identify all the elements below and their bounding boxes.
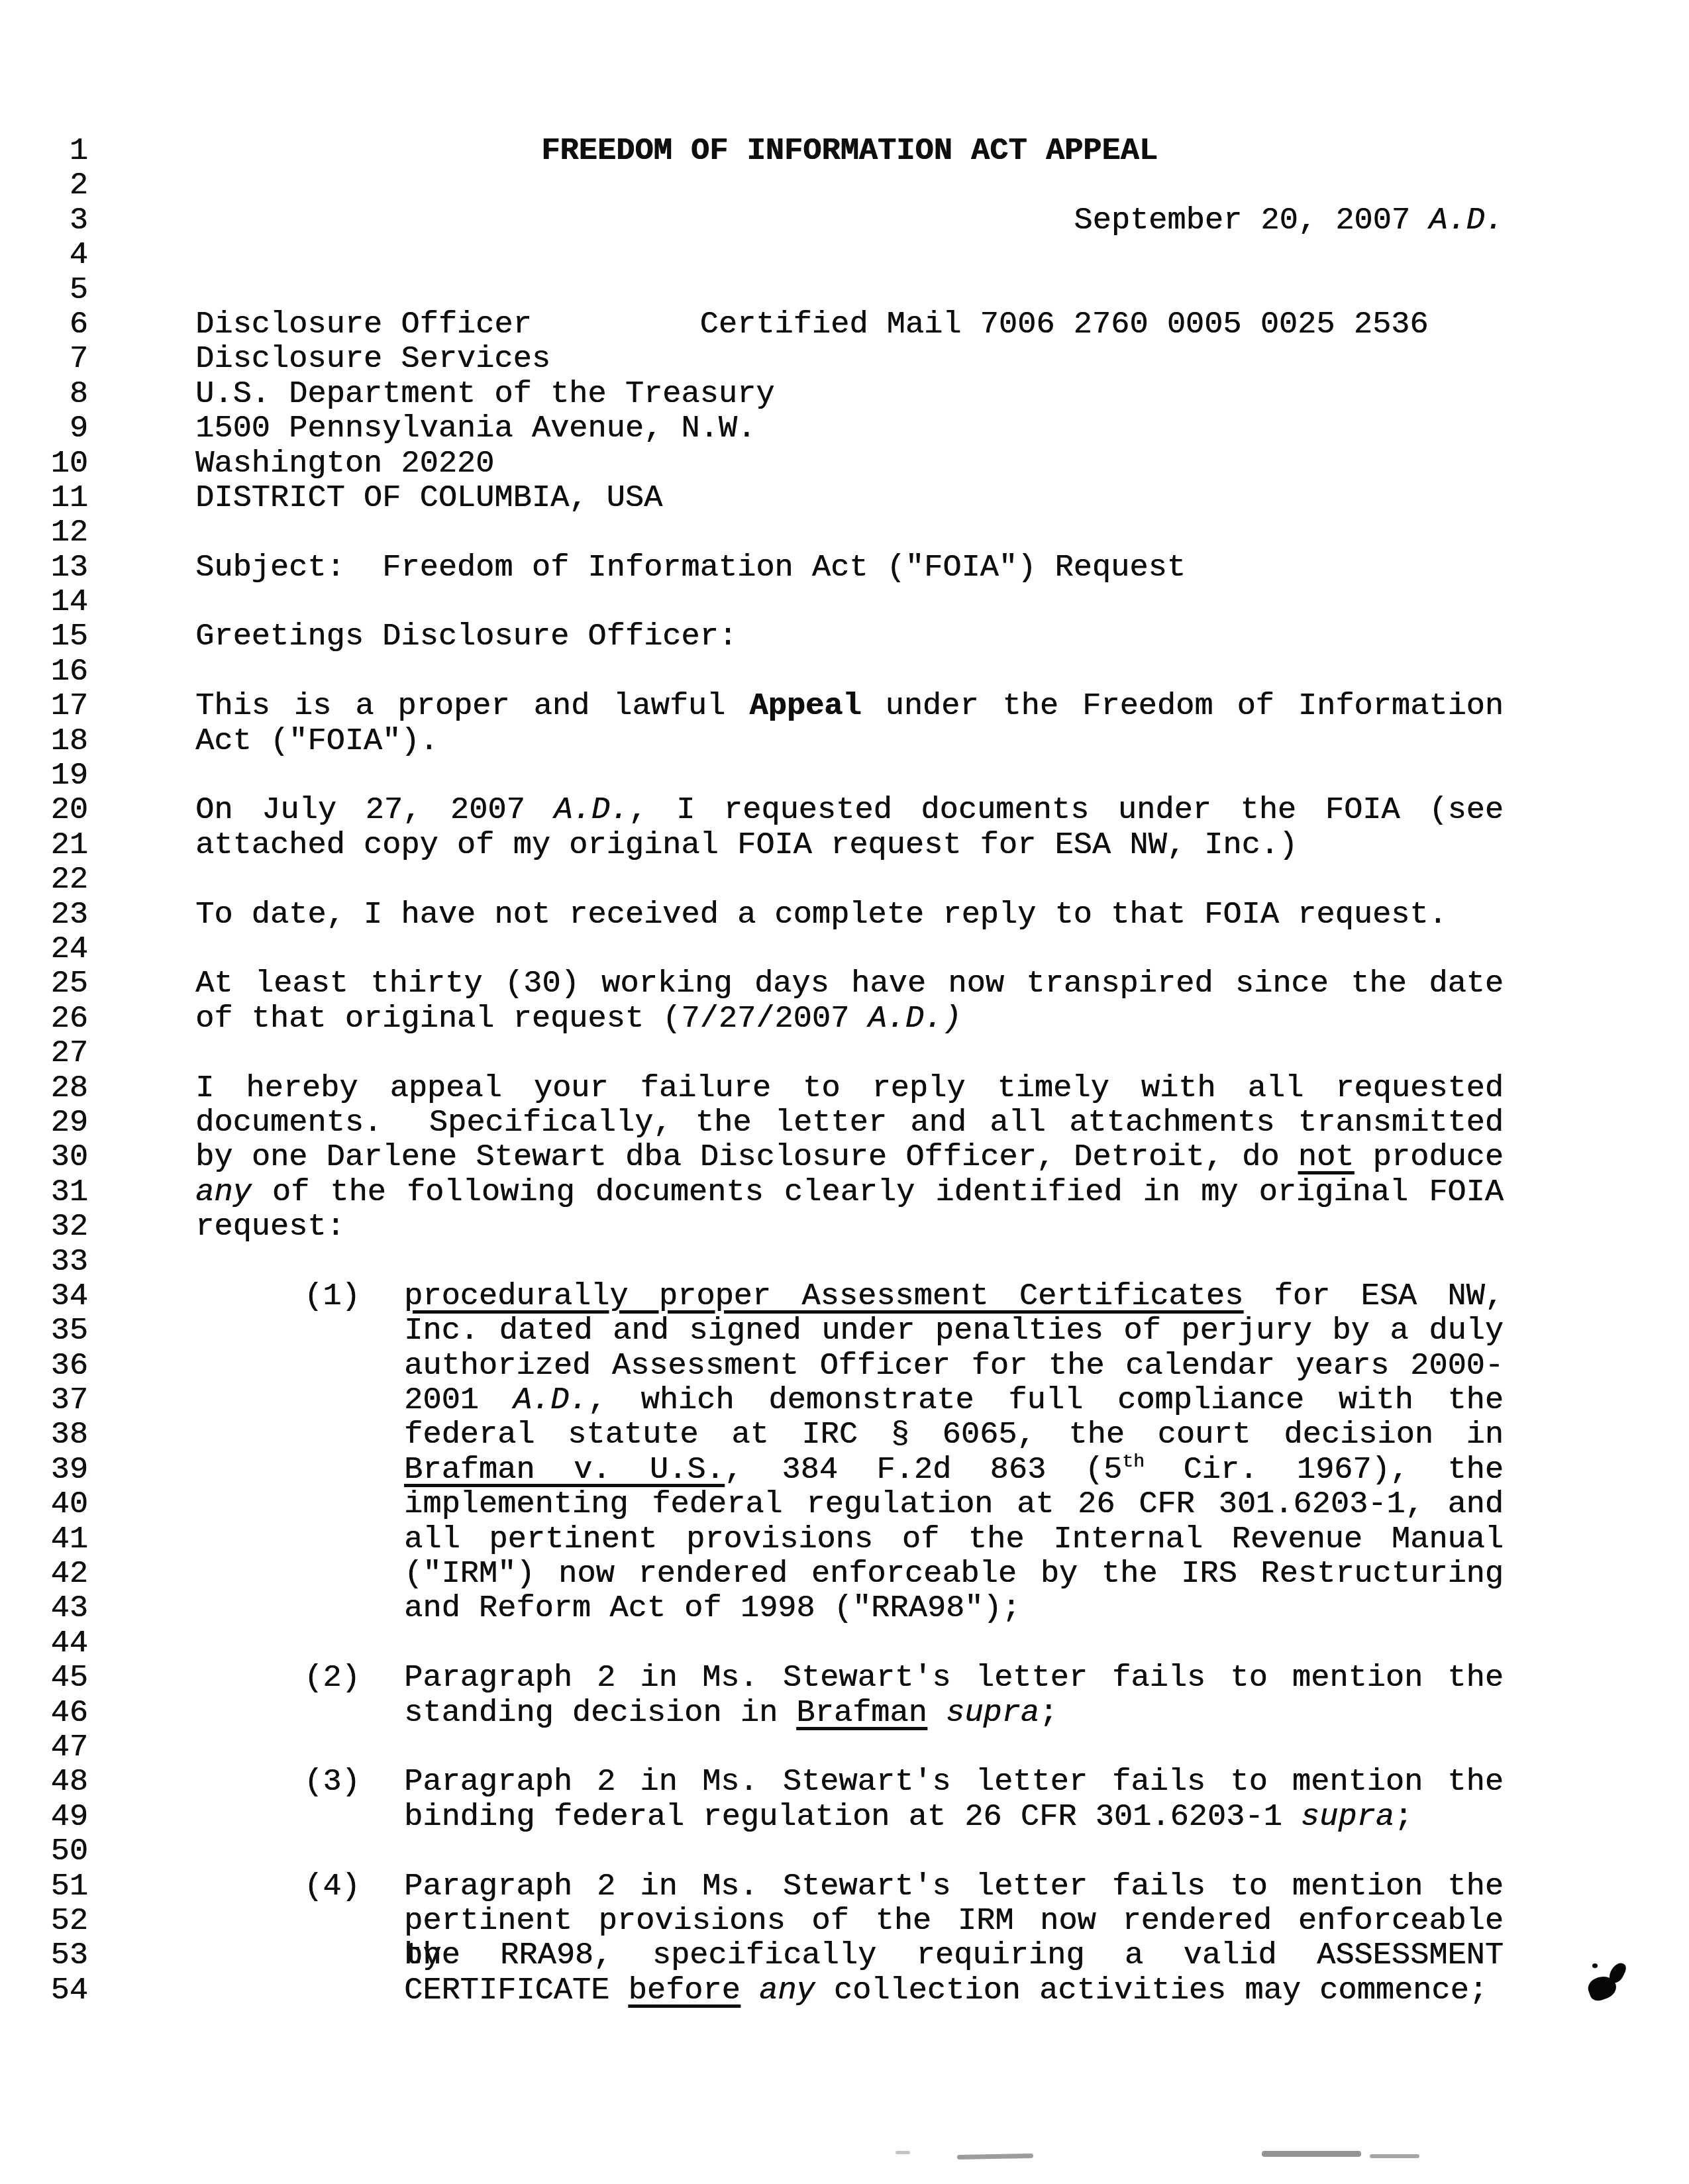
text-segment: A.D.) <box>868 1002 961 1037</box>
line-content: Brafman v. U.S., 384 F.2d 863 (5th Cir. … <box>195 1453 1504 1488</box>
document-line: 50 <box>0 1835 1689 1869</box>
document-line: 12 <box>0 516 1689 550</box>
line-number: 38 <box>0 1418 88 1453</box>
document-lines: 1FREEDOM OF INFORMATION ACT APPEAL23Sept… <box>0 134 1689 2008</box>
document-line: 46standing decision in Brafman supra; <box>0 1696 1689 1731</box>
line-number: 50 <box>0 1835 88 1869</box>
text-segment: standing decision in <box>404 1696 796 1731</box>
line-number: 35 <box>0 1314 88 1349</box>
line-content: of that original request (7/27/2007 A.D.… <box>195 1002 1504 1037</box>
list-item-text: binding federal regulation at 26 CFR 301… <box>404 1800 1504 1835</box>
line-content: At least thirty (30) working days have n… <box>195 967 1504 1002</box>
document-line: 47 <box>0 1731 1689 1765</box>
line-number: 40 <box>0 1488 88 1522</box>
document-line: 24 <box>0 933 1689 967</box>
line-content: (1)procedurally proper Assessment Certif… <box>195 1280 1504 1314</box>
text-segment: FREEDOM OF INFORMATION ACT APPEAL <box>541 134 1158 169</box>
document-line: 31any of the following documents clearly… <box>0 1176 1689 1210</box>
text-segment: A.D. <box>554 793 629 828</box>
text-segment: federal statute at IRC § 6065, the court… <box>404 1418 1504 1453</box>
list-item-text: the RRA98, specifically requiring a vali… <box>404 1939 1504 1973</box>
document-line: 11DISTRICT OF COLUMBIA, USA <box>0 482 1689 516</box>
line-content: Greetings Disclosure Officer: <box>195 620 1504 654</box>
line-content: authorized Assessment Officer for the ca… <box>195 1349 1504 1384</box>
list-item-text: and Reform Act of 1998 ("RRA98"); <box>404 1592 1504 1626</box>
document-line: 26of that original request (7/27/2007 A.… <box>0 1002 1689 1037</box>
line-number: 33 <box>0 1245 88 1280</box>
text-segment: I hereby appeal your failure to reply ti… <box>195 1071 1504 1106</box>
document-line: 7Disclosure Services <box>0 342 1689 377</box>
text-segment: th <box>1122 1452 1145 1473</box>
line-number: 34 <box>0 1280 88 1314</box>
document-line: 372001 A.D., which demonstrate full comp… <box>0 1384 1689 1418</box>
text-segment: documents. Specifically, the letter and … <box>195 1106 1504 1141</box>
line-number: 16 <box>0 655 88 690</box>
document-line: 19 <box>0 759 1689 794</box>
line-content: federal statute at IRC § 6065, the court… <box>195 1418 1504 1453</box>
scanned-letter-page: 1FREEDOM OF INFORMATION ACT APPEAL23Sept… <box>0 0 1689 2184</box>
text-segment: This is a proper and lawful <box>195 689 749 724</box>
text-segment: supra <box>1301 1800 1394 1835</box>
line-content: DISTRICT OF COLUMBIA, USA <box>195 482 1504 516</box>
line-number: 15 <box>0 620 88 654</box>
document-line: 20On July 27, 2007 A.D., I requested doc… <box>0 794 1689 828</box>
line-content: On July 27, 2007 A.D., I requested docum… <box>195 794 1504 828</box>
line-number: 39 <box>0 1453 88 1488</box>
text-segment: Paragraph 2 in Ms. Stewart's letter fail… <box>404 1869 1504 1904</box>
line-number: 54 <box>0 1974 88 2008</box>
line-number: 18 <box>0 725 88 759</box>
line-number: 12 <box>0 516 88 550</box>
line-content: Disclosure Officer Certified Mail 7006 2… <box>195 308 1504 342</box>
line-number: 6 <box>0 308 88 342</box>
text-segment: Greetings Disclosure Officer: <box>195 619 737 654</box>
document-line: 18Act ("FOIA"). <box>0 725 1689 759</box>
text-segment: At least thirty (30) working days have n… <box>195 966 1504 1002</box>
document-line: 3September 20, 2007 A.D. <box>0 204 1689 238</box>
document-line: 41all pertinent provisions of the Intern… <box>0 1523 1689 1557</box>
text-segment: ; <box>1039 1696 1058 1731</box>
line-content: standing decision in Brafman supra; <box>195 1696 1504 1731</box>
line-number: 7 <box>0 342 88 377</box>
document-line: 40implementing federal regulation at 26 … <box>0 1488 1689 1522</box>
document-line: 51(4)Paragraph 2 in Ms. Stewart's letter… <box>0 1870 1689 1904</box>
list-item-text: Paragraph 2 in Ms. Stewart's letter fail… <box>404 1870 1504 1904</box>
text-segment: Appeal <box>749 689 861 724</box>
text-segment: Disclosure Services <box>195 342 550 377</box>
line-number: 27 <box>0 1037 88 1071</box>
text-segment: , 384 F.2d 863 (5 <box>725 1453 1123 1488</box>
line-number: 10 <box>0 447 88 482</box>
text-segment: by one Darlene Stewart dba Disclosure Of… <box>195 1140 1298 1175</box>
text-segment: ("IRM") now rendered enforceable by the … <box>404 1557 1504 1592</box>
text-segment: before <box>628 1973 740 2008</box>
document-line: 36authorized Assessment Officer for the … <box>0 1349 1689 1384</box>
line-number: 44 <box>0 1627 88 1661</box>
document-line: 16 <box>0 655 1689 690</box>
document-line: 25At least thirty (30) working days have… <box>0 967 1689 1002</box>
line-content: U.S. Department of the Treasury <box>195 378 1504 412</box>
list-item-text: Inc. dated and signed under penalties of… <box>404 1314 1504 1349</box>
line-number: 9 <box>0 412 88 446</box>
line-content: attached copy of my original FOIA reques… <box>195 829 1504 863</box>
document-line: 33 <box>0 1245 1689 1280</box>
line-content: Act ("FOIA"). <box>195 725 1504 759</box>
document-line: 44 <box>0 1627 1689 1661</box>
line-content: the RRA98, specifically requiring a vali… <box>195 1939 1504 1973</box>
line-number: 31 <box>0 1176 88 1210</box>
scan-smudge <box>957 2154 1033 2159</box>
document-line: 29documents. Specifically, the letter an… <box>0 1106 1689 1141</box>
list-item-marker: (4) <box>304 1870 360 1904</box>
document-line: 42("IRM") now rendered enforceable by th… <box>0 1557 1689 1592</box>
text-segment: not <box>1298 1140 1355 1175</box>
text-segment: authorized Assessment Officer for the ca… <box>404 1349 1504 1384</box>
document-line: 39Brafman v. U.S., 384 F.2d 863 (5th Cir… <box>0 1453 1689 1488</box>
document-line: 30by one Darlene Stewart dba Disclosure … <box>0 1141 1689 1175</box>
line-number: 52 <box>0 1904 88 1939</box>
line-number: 32 <box>0 1210 88 1245</box>
text-segment: any <box>195 1175 252 1210</box>
line-number: 29 <box>0 1106 88 1141</box>
line-content: any of the following documents clearly i… <box>195 1176 1504 1210</box>
text-segment: for ESA NW, <box>1243 1279 1504 1314</box>
text-segment: Inc. dated and signed under penalties of… <box>404 1314 1504 1349</box>
document-line: 91500 Pennsylvania Avenue, N.W. <box>0 412 1689 446</box>
line-number: 25 <box>0 967 88 1002</box>
line-number: 42 <box>0 1557 88 1592</box>
document-line: 2 <box>0 169 1689 203</box>
text-segment: 1500 Pennsylvania Avenue, N.W. <box>195 411 756 446</box>
text-segment: of that original request (7/27/2007 <box>195 1002 868 1037</box>
scan-smudge <box>1370 2154 1419 2158</box>
list-item-text: standing decision in Brafman supra; <box>404 1696 1504 1731</box>
text-segment: produce <box>1354 1140 1504 1175</box>
text-segment: To date, I have not received a complete … <box>195 898 1447 933</box>
line-number: 26 <box>0 1002 88 1037</box>
line-content: To date, I have not received a complete … <box>195 898 1504 933</box>
line-number: 17 <box>0 690 88 724</box>
line-number: 13 <box>0 551 88 586</box>
line-content: This is a proper and lawful Appeal under… <box>195 690 1504 724</box>
text-segment: A.D. <box>1429 203 1504 238</box>
list-item-text: ("IRM") now rendered enforceable by the … <box>404 1557 1504 1592</box>
line-number: 37 <box>0 1384 88 1418</box>
document-line: 5 <box>0 274 1689 308</box>
text-segment: under the Freedom of Information <box>861 689 1504 724</box>
line-content: all pertinent provisions of the Internal… <box>195 1523 1504 1557</box>
document-line: 53the RRA98, specifically requiring a va… <box>0 1939 1689 1973</box>
text-segment: Washington 20220 <box>195 446 494 482</box>
text-segment: Act ("FOIA"). <box>195 724 438 759</box>
line-number: 43 <box>0 1592 88 1626</box>
text-segment: CERTIFICATE <box>404 1973 628 2008</box>
list-item-text: 2001 A.D., which demonstrate full compli… <box>404 1384 1504 1418</box>
line-content: by one Darlene Stewart dba Disclosure Of… <box>195 1141 1504 1175</box>
line-number: 2 <box>0 169 88 203</box>
document-line: 43and Reform Act of 1998 ("RRA98"); <box>0 1592 1689 1626</box>
line-number: 1 <box>0 134 88 169</box>
document-line: 49binding federal regulation at 26 CFR 3… <box>0 1800 1689 1835</box>
document-line: 17This is a proper and lawful Appeal und… <box>0 690 1689 724</box>
line-content: documents. Specifically, the letter and … <box>195 1106 1504 1141</box>
line-number: 48 <box>0 1765 88 1800</box>
text-segment: collection activities may commence; <box>815 1973 1488 2008</box>
scan-smudge <box>1262 2151 1361 2157</box>
text-segment: Paragraph 2 in Ms. Stewart's letter fail… <box>404 1765 1504 1800</box>
text-segment: , I requested documents under the FOIA (… <box>629 793 1504 828</box>
line-content: FREEDOM OF INFORMATION ACT APPEAL <box>195 134 1504 169</box>
line-number: 11 <box>0 482 88 516</box>
line-content: (4)Paragraph 2 in Ms. Stewart's letter f… <box>195 1870 1504 1904</box>
line-number: 41 <box>0 1523 88 1557</box>
document-line: 27 <box>0 1037 1689 1071</box>
document-line: 32request: <box>0 1210 1689 1245</box>
document-line: 54CERTIFICATE before any collection acti… <box>0 1974 1689 2008</box>
text-segment: DISTRICT OF COLUMBIA, USA <box>195 481 662 516</box>
list-item-text: implementing federal regulation at 26 CF… <box>404 1488 1504 1522</box>
text-segment: Brafman v. U.S. <box>404 1453 725 1488</box>
text-segment: any <box>759 1973 815 2008</box>
list-item-text: all pertinent provisions of the Internal… <box>404 1523 1504 1557</box>
line-number: 45 <box>0 1661 88 1696</box>
line-content: Washington 20220 <box>195 447 1504 482</box>
line-number: 22 <box>0 863 88 898</box>
line-content: binding federal regulation at 26 CFR 301… <box>195 1800 1504 1835</box>
text-segment: , which demonstrate full compliance with… <box>588 1383 1504 1418</box>
list-item-text: federal statute at IRC § 6065, the court… <box>404 1418 1504 1453</box>
list-item-text: Paragraph 2 in Ms. Stewart's letter fail… <box>404 1765 1504 1800</box>
document-line: 23To date, I have not received a complet… <box>0 898 1689 933</box>
line-number: 36 <box>0 1349 88 1384</box>
text-segment: attached copy of my original FOIA reques… <box>195 828 1298 863</box>
list-item-text: Paragraph 2 in Ms. Stewart's letter fail… <box>404 1661 1504 1696</box>
text-segment: Subject: Freedom of Information Act ("FO… <box>195 550 1186 586</box>
line-number: 51 <box>0 1870 88 1904</box>
text-segment: the RRA98, specifically requiring a vali… <box>404 1938 1504 1973</box>
list-item-text: procedurally proper Assessment Certifica… <box>404 1280 1504 1314</box>
text-segment: 2001 <box>404 1383 513 1418</box>
text-segment: request: <box>195 1210 345 1245</box>
text-segment <box>741 1973 759 2008</box>
line-number: 3 <box>0 204 88 238</box>
list-item-marker: (1) <box>304 1280 360 1314</box>
line-content: implementing federal regulation at 26 CF… <box>195 1488 1504 1522</box>
line-number: 5 <box>0 274 88 308</box>
line-number: 23 <box>0 898 88 933</box>
line-number: 49 <box>0 1800 88 1835</box>
text-segment: Cir. 1967), the <box>1145 1453 1504 1488</box>
text-segment: Disclosure Officer Certified Mail 7006 2… <box>195 307 1429 342</box>
list-item-marker: (2) <box>304 1661 360 1696</box>
line-number: 53 <box>0 1939 88 1973</box>
document-line: 14 <box>0 586 1689 620</box>
text-segment: all pertinent provisions of the Internal… <box>404 1522 1504 1557</box>
line-content: request: <box>195 1210 1504 1245</box>
document-line: 45(2)Paragraph 2 in Ms. Stewart's letter… <box>0 1661 1689 1696</box>
line-number: 30 <box>0 1141 88 1175</box>
line-content: 2001 A.D., which demonstrate full compli… <box>195 1384 1504 1418</box>
line-number: 28 <box>0 1072 88 1106</box>
line-number: 20 <box>0 794 88 828</box>
line-content: September 20, 2007 A.D. <box>195 204 1504 238</box>
document-line: 6Disclosure Officer Certified Mail 7006 … <box>0 308 1689 342</box>
document-line: 35Inc. dated and signed under penalties … <box>0 1314 1689 1349</box>
text-segment: procedurally proper Assessment Certifica… <box>404 1279 1243 1314</box>
line-content: Subject: Freedom of Information Act ("FO… <box>195 551 1504 586</box>
text-segment: Brafman <box>796 1696 927 1731</box>
line-content: Inc. dated and signed under penalties of… <box>195 1314 1504 1349</box>
text-segment: On July 27, 2007 <box>195 793 554 828</box>
scan-smudge <box>896 2151 910 2154</box>
line-number: 4 <box>0 238 88 273</box>
text-segment: binding federal regulation at 26 CFR 301… <box>404 1800 1301 1835</box>
text-segment: Paragraph 2 in Ms. Stewart's letter fail… <box>404 1661 1504 1696</box>
text-segment: ; <box>1394 1800 1413 1835</box>
document-line: 34(1)procedurally proper Assessment Cert… <box>0 1280 1689 1314</box>
document-line: 48(3)Paragraph 2 in Ms. Stewart's letter… <box>0 1765 1689 1800</box>
line-content: I hereby appeal your failure to reply ti… <box>195 1072 1504 1106</box>
document-line: 4 <box>0 238 1689 273</box>
line-content: ("IRM") now rendered enforceable by the … <box>195 1557 1504 1592</box>
text-segment <box>927 1696 946 1731</box>
text-segment: and Reform Act of 1998 ("RRA98"); <box>404 1591 1021 1626</box>
line-content: (3)Paragraph 2 in Ms. Stewart's letter f… <box>195 1765 1504 1800</box>
list-item-text: CERTIFICATE before any collection activi… <box>404 1974 1504 2008</box>
document-line: 8U.S. Department of the Treasury <box>0 378 1689 412</box>
text-segment: U.S. Department of the Treasury <box>195 377 774 412</box>
line-number: 8 <box>0 378 88 412</box>
ink-blot-dot <box>1592 1963 1598 1968</box>
line-number: 21 <box>0 829 88 863</box>
document-line: 22 <box>0 863 1689 898</box>
line-number: 47 <box>0 1731 88 1765</box>
document-line: 38federal statute at IRC § 6065, the cou… <box>0 1418 1689 1453</box>
document-line: 10Washington 20220 <box>0 447 1689 482</box>
line-content: CERTIFICATE before any collection activi… <box>195 1974 1504 2008</box>
text-segment: of the following documents clearly ident… <box>252 1175 1504 1210</box>
document-line: 15Greetings Disclosure Officer: <box>0 620 1689 654</box>
line-number: 19 <box>0 759 88 794</box>
text-segment: implementing federal regulation at 26 CF… <box>404 1487 1504 1522</box>
list-item-marker: (3) <box>304 1765 360 1800</box>
document-line: 21attached copy of my original FOIA requ… <box>0 829 1689 863</box>
document-line: 1FREEDOM OF INFORMATION ACT APPEAL <box>0 134 1689 169</box>
line-content: 1500 Pennsylvania Avenue, N.W. <box>195 412 1504 446</box>
document-line: 52pertinent provisions of the IRM now re… <box>0 1904 1689 1939</box>
line-number: 14 <box>0 586 88 620</box>
text-segment: September 20, 2007 <box>1074 203 1429 238</box>
line-content: Disclosure Services <box>195 342 1504 377</box>
line-content: (2)Paragraph 2 in Ms. Stewart's letter f… <box>195 1661 1504 1696</box>
document-line: 13Subject: Freedom of Information Act ("… <box>0 551 1689 586</box>
line-number: 24 <box>0 933 88 967</box>
text-segment: supra <box>946 1696 1039 1731</box>
text-segment: A.D. <box>513 1383 588 1418</box>
line-content: and Reform Act of 1998 ("RRA98"); <box>195 1592 1504 1626</box>
document-line: 28I hereby appeal your failure to reply … <box>0 1072 1689 1106</box>
list-item-text: authorized Assessment Officer for the ca… <box>404 1349 1504 1384</box>
line-number: 46 <box>0 1696 88 1731</box>
list-item-text: Brafman v. U.S., 384 F.2d 863 (5th Cir. … <box>404 1453 1504 1488</box>
